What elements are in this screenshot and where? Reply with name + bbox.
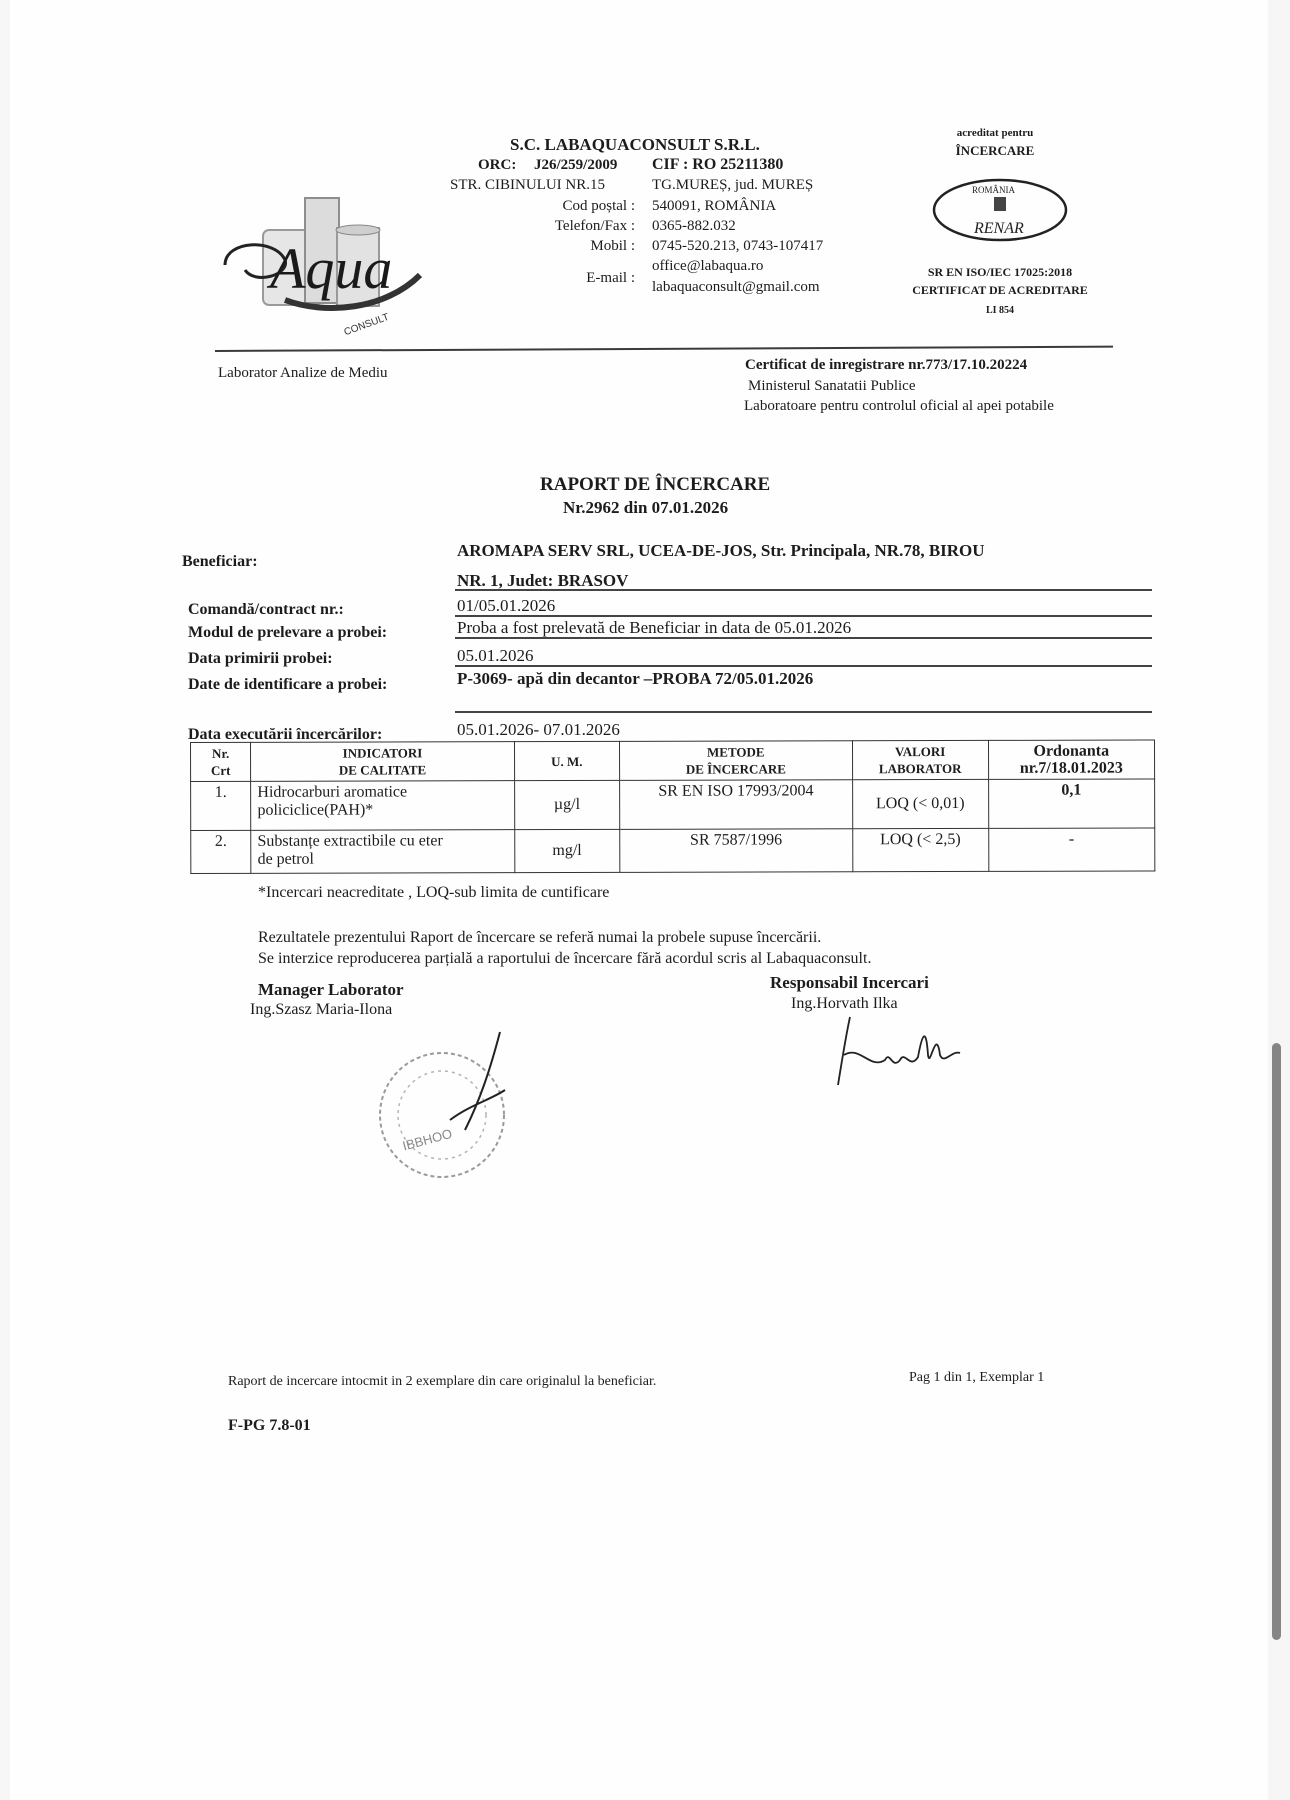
registration-certificate: Certificat de inregistrare nr.773/17.10.…	[745, 357, 1027, 374]
manager-title: Manager Laborator	[258, 980, 404, 1000]
received-value: 05.01.2026	[457, 646, 534, 666]
cell-limit: 0,1	[988, 779, 1155, 828]
sampling-underline	[455, 637, 1152, 639]
table-header-row: Nr.Crt INDICATORIDE CALITATE U. M. METOD…	[191, 740, 1155, 782]
header-nr: Nr.Crt	[191, 742, 251, 781]
lab-name: Laborator Analize de Mediu	[218, 365, 388, 382]
header-ordinance: Ordonantanr.7/18.01.2023	[988, 740, 1155, 779]
street-address: STR. CIBINULUI NR.15	[450, 177, 605, 194]
cell-nr: 2.	[191, 830, 251, 873]
received-label: Data primirii probei:	[188, 650, 333, 668]
scrollbar-thumb[interactable]	[1272, 1043, 1281, 1640]
accredited-for-label: acreditat pentru	[950, 127, 1040, 139]
svg-text:RENAR: RENAR	[973, 220, 1024, 237]
orc-label: ORC:	[478, 157, 516, 174]
cell-unit: mg/l	[514, 829, 619, 872]
svg-text:Aqua: Aqua	[266, 236, 392, 301]
copies-note: Raport de incercare intocmit in 2 exempl…	[228, 1374, 656, 1390]
contract-underline	[455, 615, 1152, 617]
report-number: Nr.2962 din 07.01.2026	[563, 498, 728, 518]
sample-id-underline	[455, 711, 1152, 713]
signature-icon	[830, 1015, 970, 1090]
lab-stamp-icon: IBBHOO	[370, 1030, 540, 1200]
official-labs-note: Laboratoare pentru controlul oficial al …	[744, 398, 1054, 415]
contract-value: 01/05.01.2026	[457, 596, 555, 616]
beneficiary-label: Beneficiar:	[182, 553, 258, 571]
table-row: 2. Substanțe extractibile cu eterde petr…	[191, 828, 1155, 874]
responsible-title: Responsabil Incercari	[770, 973, 929, 993]
ministry: Ministerul Sanatatii Publice	[748, 378, 915, 395]
phone-label: Telefon/Fax :	[395, 218, 635, 235]
postal-value: 540091, ROMÂNIA	[652, 198, 776, 215]
sample-id-label: Date de identificare a probei:	[188, 676, 387, 694]
results-table: Nr.Crt INDICATORIDE CALITATE U. M. METOD…	[190, 739, 1155, 874]
city: TG.MUREȘ, jud. MUREȘ	[652, 177, 813, 194]
table-row: 1. Hidrocarburi aromatice policiclice(PA…	[191, 779, 1155, 831]
cell-indicator: Hidrocarburi aromatice policiclice(PAH)*	[251, 781, 515, 831]
orc-value: J26/259/2009	[534, 157, 617, 174]
sampling-value: Proba a fost prelevată de Beneficiar in …	[457, 618, 851, 638]
received-underline	[455, 665, 1152, 667]
svg-text:ROMÂNIA: ROMÂNIA	[972, 185, 1016, 195]
renar-logo-icon: ROMÂNIA RENAR	[930, 175, 1070, 245]
cell-nr: 1.	[191, 781, 251, 830]
header-method: METODEDE ÎNCERCARE	[619, 741, 852, 781]
postal-label: Cod poștal :	[395, 198, 635, 215]
header-value: VALORILABORATOR	[852, 740, 988, 779]
cell-indicator: Substanțe extractibile cu eterde petrol	[251, 830, 515, 874]
report-title: RAPORT DE ÎNCERCARE	[540, 474, 770, 496]
email-office: office@labaqua.ro	[652, 258, 763, 275]
email-label: E-mail :	[395, 270, 635, 287]
cell-unit: µg/l	[514, 780, 619, 829]
beneficiary-line1: AROMAPA SERV SRL, UCEA-DE-JOS, Str. Prin…	[457, 541, 985, 561]
results-disclaimer: Rezultatele prezentului Raport de încerc…	[258, 929, 821, 947]
header-indicator: INDICATORIDE CALITATE	[251, 742, 515, 782]
mobile-label: Mobil :	[395, 238, 635, 255]
accreditation-number: LI 854	[975, 305, 1025, 316]
table-footnote: *Incercari neacreditate , LOQ-sub limita…	[258, 884, 609, 902]
svg-text:CONSULT: CONSULT	[343, 312, 391, 338]
accreditation-certificate: CERTIFICAT DE ACREDITARE	[900, 283, 1100, 298]
beneficiary-line2: NR. 1, Judet: BRASOV	[457, 571, 628, 591]
cell-method: SR 7587/1996	[620, 829, 853, 873]
manager-name: Ing.Szasz Maria-Ilona	[250, 1001, 392, 1019]
page-indicator: Pag 1 din 1, Exemplar 1	[909, 1370, 1044, 1386]
responsible-name: Ing.Horvath Ilka	[791, 995, 898, 1013]
reproduction-disclaimer: Se interzice reproducerea parțială a rap…	[258, 950, 871, 968]
svg-text:IBBHOO: IBBHOO	[401, 1126, 454, 1154]
mobile-value: 0745-520.213, 0743-107417	[652, 238, 823, 255]
form-code: F-PG 7.8-01	[228, 1417, 311, 1435]
cif-value: CIF : RO 25211380	[652, 156, 783, 174]
cell-value: LOQ (< 0,01)	[852, 779, 988, 828]
iso-standard: SR EN ISO/IEC 17025:2018	[905, 265, 1095, 280]
sample-id-value: P-3069- apă din decantor –PROBA 72/05.01…	[457, 669, 813, 689]
cell-value: LOQ (< 2,5)	[852, 828, 988, 871]
cell-method: SR EN ISO 17993/2004	[619, 780, 852, 830]
beneficiary-underline	[455, 589, 1152, 591]
email-gmail: labaquaconsult@gmail.com	[652, 279, 820, 296]
execution-value: 05.01.2026- 07.01.2026	[457, 720, 620, 740]
contract-label: Comandă/contract nr.:	[188, 601, 344, 619]
company-name: S.C. LABAQUACONSULT S.R.L.	[510, 135, 760, 155]
header-unit: U. M.	[514, 741, 619, 780]
phone-value: 0365-882.032	[652, 218, 736, 235]
cell-limit: -	[988, 828, 1155, 871]
sampling-label: Modul de prelevare a probei:	[188, 624, 387, 642]
accreditation-type: ÎNCERCARE	[945, 143, 1045, 159]
